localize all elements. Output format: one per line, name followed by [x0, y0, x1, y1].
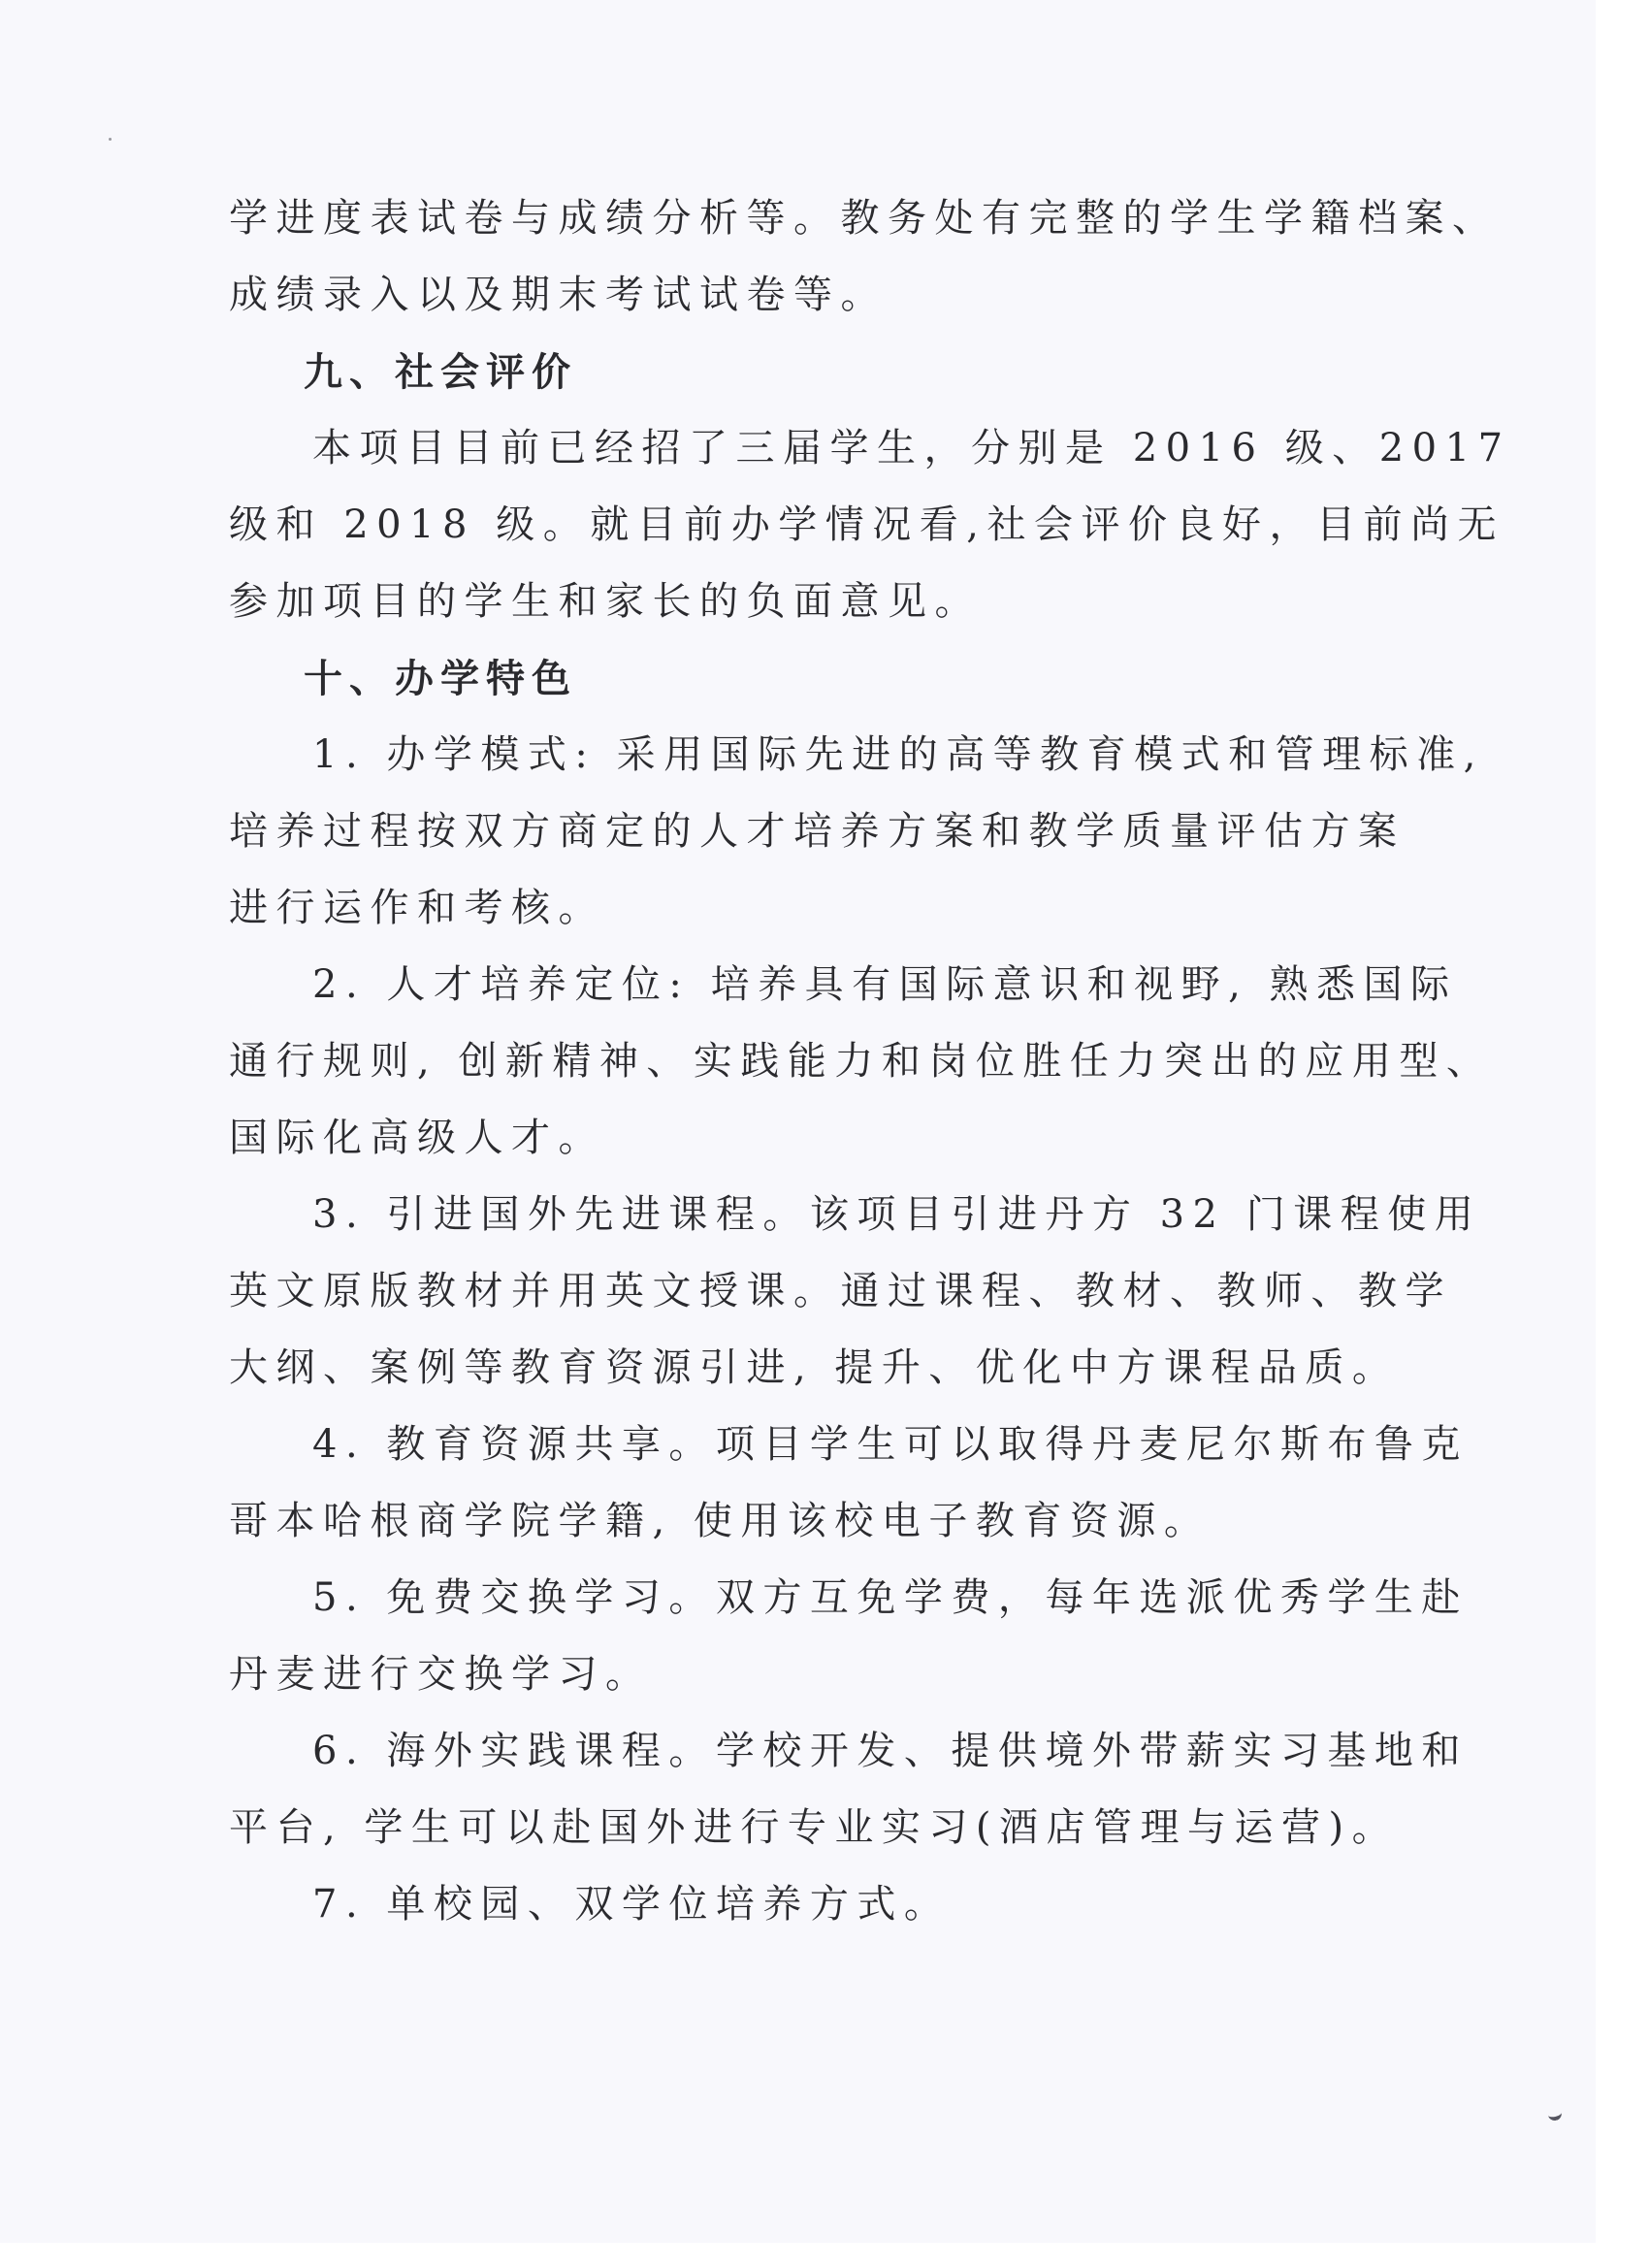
- text-line: 国际化高级人才。: [229, 1100, 1374, 1177]
- feature-item-7: 7. 单校园、双学位培养方式。: [229, 1866, 1374, 1943]
- section-heading-social-evaluation: 九、社会评价: [229, 334, 1374, 410]
- text-line: 学进度表试卷与成绩分析等。教务处有完整的学生学籍档案、: [229, 180, 1374, 257]
- feature-item-3: 3. 引进国外先进课程。该项目引进丹方 32 门课程使用 英文原版教材并用英文授…: [229, 1177, 1374, 1407]
- scan-speck: [109, 138, 112, 141]
- text-line: 英文原版教材并用英文授课。通过课程、教材、教师、教学: [229, 1253, 1374, 1330]
- text-line: 6. 海外实践课程。学校开发、提供境外带薪实习基地和: [229, 1713, 1374, 1790]
- text-line: 1. 办学模式: 采用国际先进的高等教育模式和管理标准,: [229, 717, 1374, 794]
- text-line: 本项目目前已经招了三届学生，分别是 2016 级、2017: [229, 410, 1374, 487]
- feature-item-6: 6. 海外实践课程。学校开发、提供境外带薪实习基地和 平台, 学生可以赴国外进行…: [229, 1713, 1374, 1866]
- paragraph-continuation: 学进度表试卷与成绩分析等。教务处有完整的学生学籍档案、 成绩录入以及期末考试试卷…: [229, 180, 1374, 334]
- paragraph-social-evaluation: 本项目目前已经招了三届学生，分别是 2016 级、2017 级和 2018 级。…: [229, 410, 1374, 640]
- text-line: 通行规则, 创新精神、实践能力和岗位胜任力突出的应用型、: [229, 1023, 1374, 1100]
- text-line: 3. 引进国外先进课程。该项目引进丹方 32 门课程使用: [229, 1177, 1374, 1253]
- text-line: 成绩录入以及期末考试试卷等。: [229, 257, 1374, 334]
- text-line: 平台, 学生可以赴国外进行专业实习(酒店管理与运营)。: [229, 1790, 1374, 1866]
- text-line: 大纲、案例等教育资源引进, 提升、优化中方课程品质。: [229, 1330, 1374, 1407]
- scan-ink-mark: [1547, 2108, 1563, 2122]
- text-line: 7. 单校园、双学位培养方式。: [229, 1866, 1374, 1943]
- feature-item-2: 2. 人才培养定位: 培养具有国际意识和视野, 熟悉国际 通行规则, 创新精神、…: [229, 947, 1374, 1177]
- text-line: 4. 教育资源共享。项目学生可以取得丹麦尼尔斯布鲁克: [229, 1407, 1374, 1483]
- text-line: 级和 2018 级。就目前办学情况看,社会评价良好，目前尚无: [229, 487, 1374, 564]
- text-line: 进行运作和考核。: [229, 870, 1374, 947]
- document-body: 学进度表试卷与成绩分析等。教务处有完整的学生学籍档案、 成绩录入以及期末考试试卷…: [229, 180, 1374, 1943]
- text-line: 5. 免费交换学习。双方互免学费，每年选派优秀学生赴: [229, 1560, 1374, 1636]
- feature-item-5: 5. 免费交换学习。双方互免学费，每年选派优秀学生赴 丹麦进行交换学习。: [229, 1560, 1374, 1713]
- section-heading-program-features: 十、办学特色: [229, 640, 1374, 717]
- text-line: 哥本哈根商学院学籍, 使用该校电子教育资源。: [229, 1483, 1374, 1560]
- text-line: 参加项目的学生和家长的负面意见。: [229, 564, 1374, 640]
- scanned-page: 学进度表试卷与成绩分析等。教务处有完整的学生学籍档案、 成绩录入以及期末考试试卷…: [0, 0, 1596, 2243]
- text-line: 2. 人才培养定位: 培养具有国际意识和视野, 熟悉国际: [229, 947, 1374, 1023]
- text-line: 丹麦进行交换学习。: [229, 1636, 1374, 1713]
- feature-item-4: 4. 教育资源共享。项目学生可以取得丹麦尼尔斯布鲁克 哥本哈根商学院学籍, 使用…: [229, 1407, 1374, 1560]
- text-line: 培养过程按双方商定的人才培养方案和教学质量评估方案: [229, 794, 1374, 870]
- feature-item-1: 1. 办学模式: 采用国际先进的高等教育模式和管理标准, 培养过程按双方商定的人…: [229, 717, 1374, 947]
